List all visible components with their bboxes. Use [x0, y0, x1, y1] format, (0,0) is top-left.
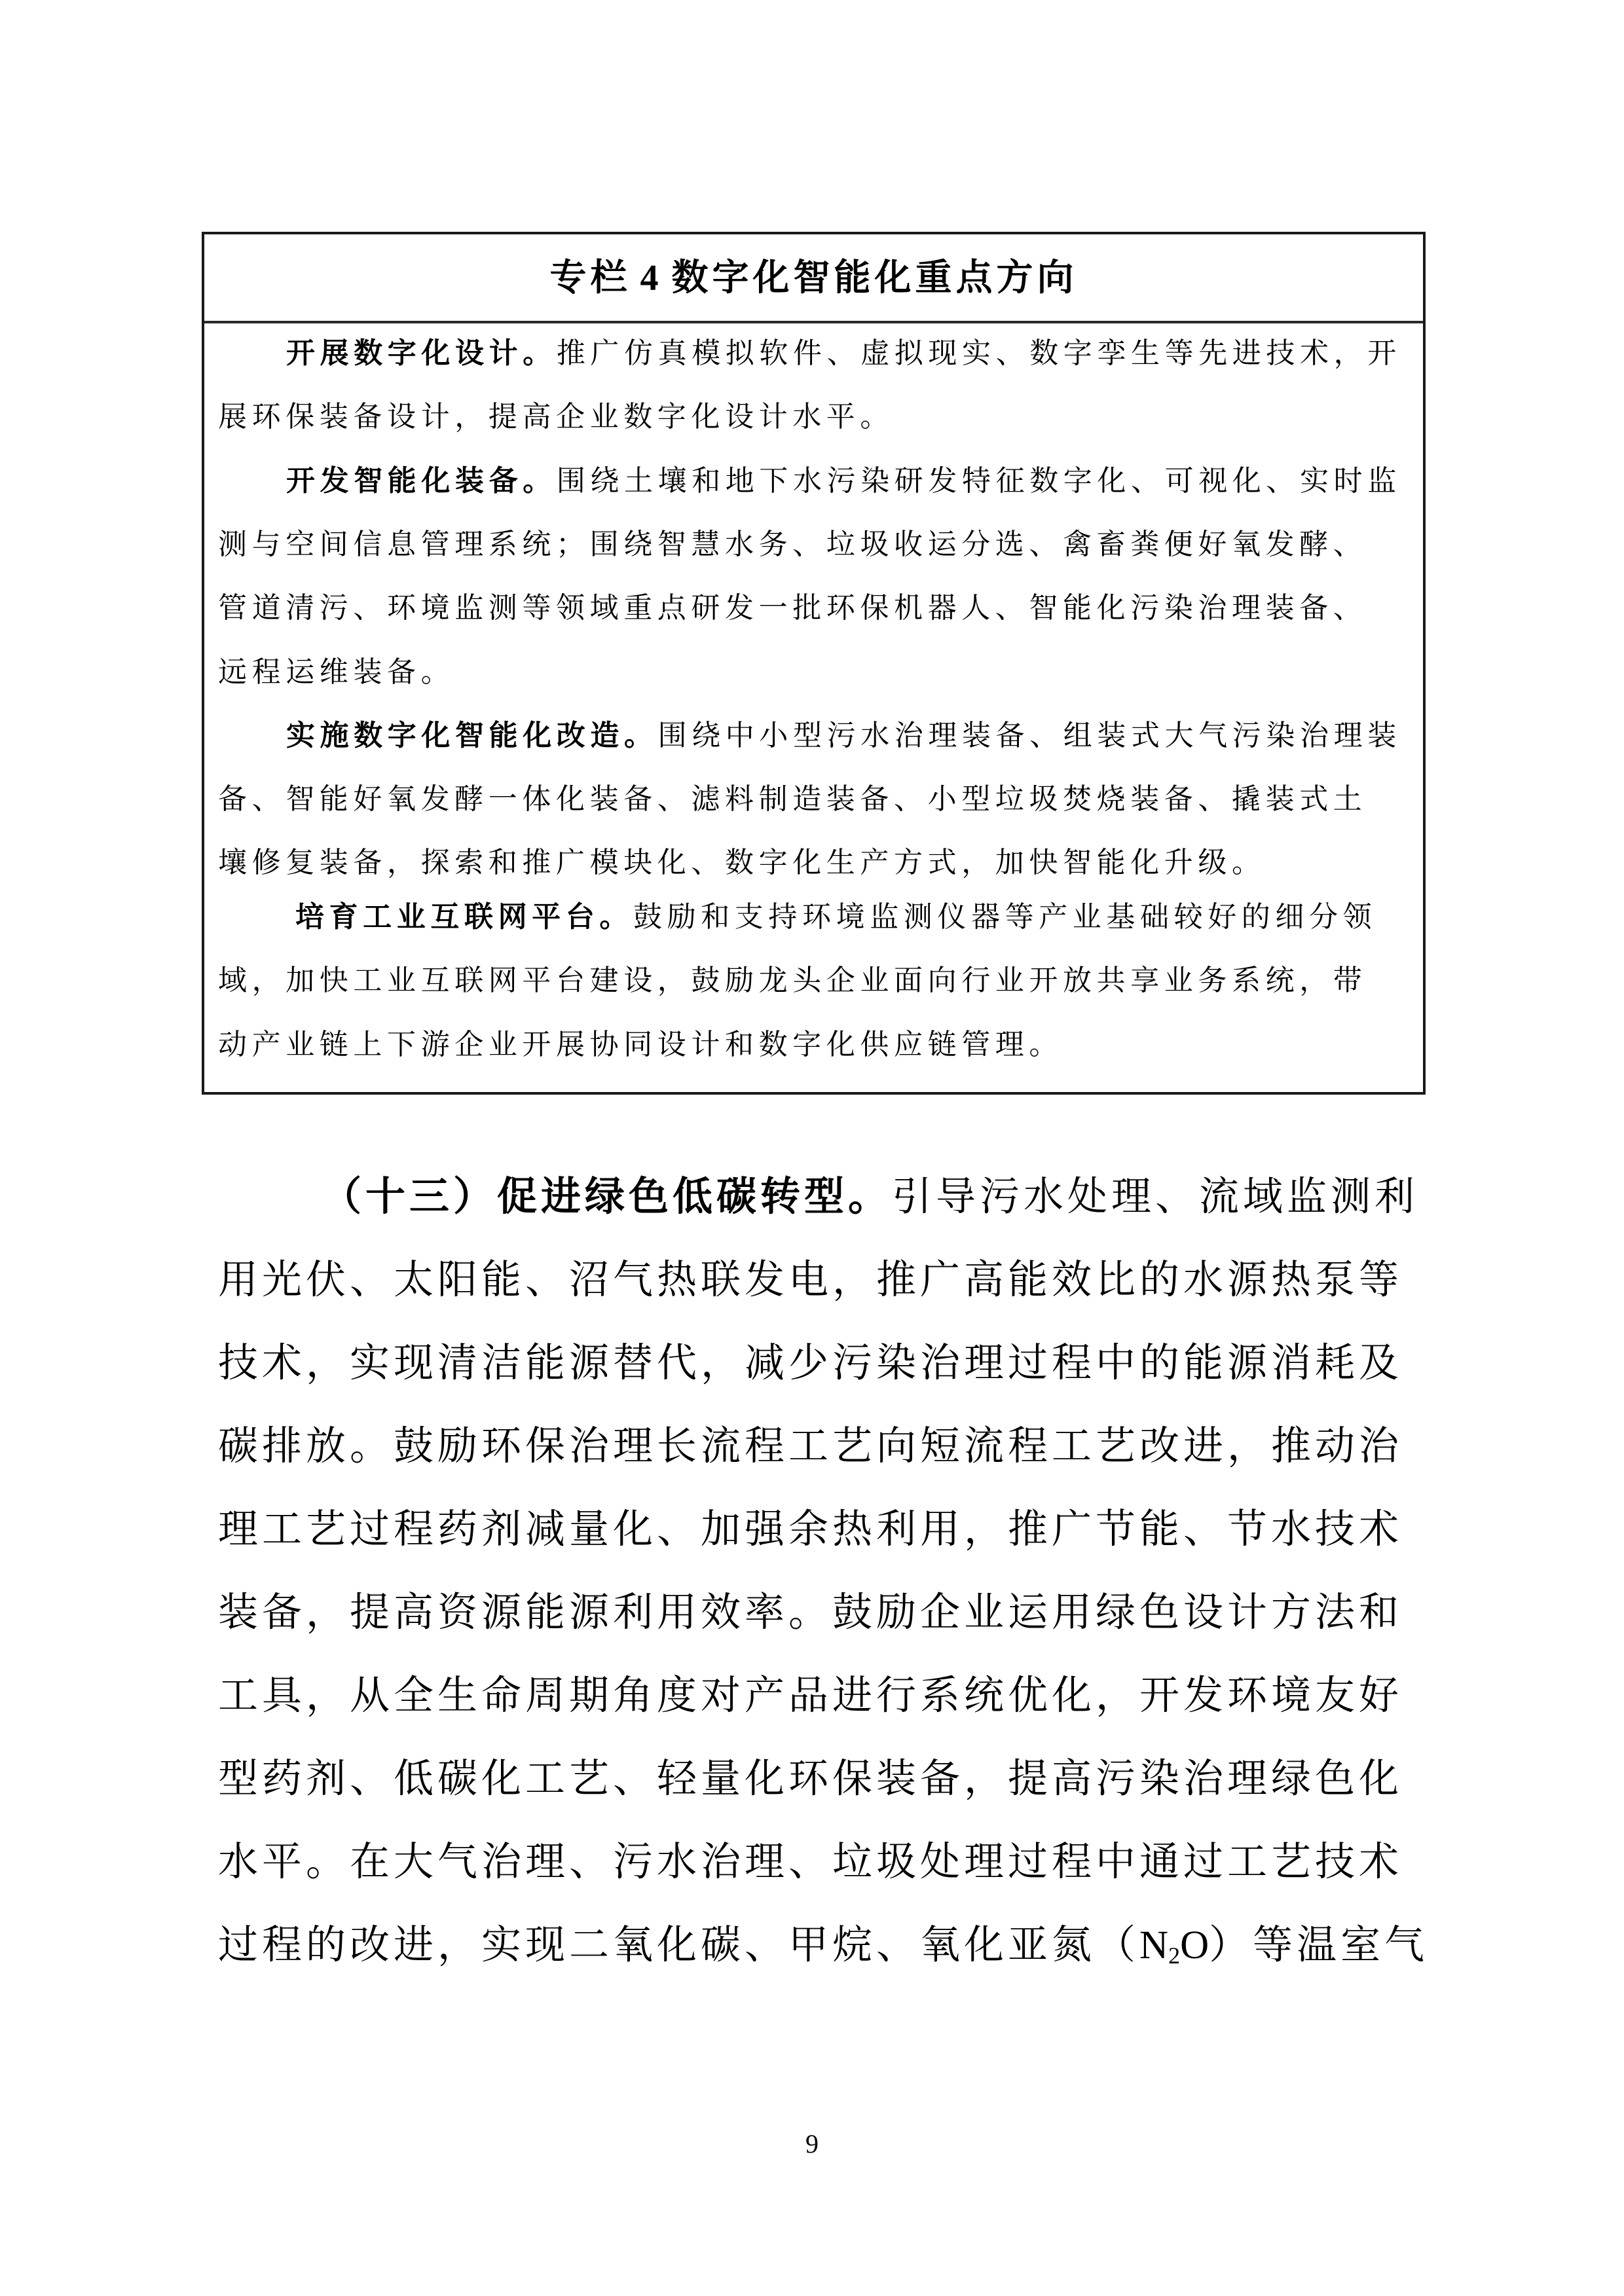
- box-paragraph-4-line-3: 动产业链上下游企业开展协同设计和数字化供应链管理。: [218, 1025, 1405, 1065]
- box-paragraph-2-lead: 开发智能化装备。: [286, 464, 557, 498]
- body-line-10: 过程的改进，实现二氧化碳、甲烷、氧化亚氮（N2O）等温室气: [218, 1919, 1407, 1971]
- box-paragraph-3-line-2: 备、智能好氧发酵一体化装备、滤料制造装备、小型垃圾焚烧装备、撬装式土: [218, 780, 1405, 819]
- column-title-text: 数字化智能化重点方向: [672, 256, 1078, 299]
- box-paragraph-1-text: 推广仿真模拟软件、虚拟现实、数字孪生等先进技术，开: [557, 337, 1401, 370]
- body-line-9: 水平。在大气治理、污水治理、垃圾处理过程中通过工艺技术: [218, 1836, 1407, 1888]
- box-paragraph-3-text: 围绕中小型污水治理装备、组装式大气污染治理装: [658, 719, 1401, 752]
- formula-element-n: N: [1139, 1923, 1168, 1967]
- body-line-10-text: 过程的改进，实现二氧化碳、甲烷、氧化亚氮（: [218, 1922, 1139, 1968]
- body-line-3: 技术，实现清洁能源替代，减少污染治理过程中的能源消耗及: [218, 1337, 1407, 1389]
- body-line-4: 碳排放。鼓励环保治理长流程工艺向短流程工艺改进，推动治: [218, 1420, 1407, 1472]
- formula-n2o: N2O: [1139, 1923, 1209, 1967]
- box-paragraph-4-lead: 培育工业互联网平台。: [295, 900, 633, 934]
- box-paragraph-3-line-1: 实施数字化智能化改造。围绕中小型污水治理装备、组装式大气污染治理装: [218, 716, 1405, 756]
- box-paragraph-2-line-4: 远程运维装备。: [218, 653, 1405, 692]
- body-line-7: 工具，从全生命周期角度对产品进行系统优化，开发环境友好: [218, 1669, 1407, 1722]
- box-paragraph-1-line-1: 开展数字化设计。推广仿真模拟软件、虚拟现实、数字孪生等先进技术，开: [218, 334, 1405, 373]
- formula-subscript: 2: [1168, 1942, 1180, 1969]
- box-paragraph-1-line-2: 展环保装备设计，提高企业数字化设计水平。: [218, 397, 1405, 437]
- box-paragraph-2-line-3: 管道清污、环境监测等领域重点研发一批环保机器人、智能化污染治理装备、: [218, 589, 1405, 628]
- body-line-1-text: 引导污水处理、流域监测利: [892, 1173, 1418, 1220]
- page-number: 9: [792, 2131, 832, 2157]
- body-line-10-tail: ）等温室气: [1209, 1922, 1428, 1968]
- column-title: 专栏4数字化智能化重点方向: [550, 259, 1078, 297]
- box-paragraph-4-line-1: 培育工业互联网平台。鼓励和支持环境监测仪器等产业基础较好的细分领: [218, 898, 1405, 937]
- box-paragraph-3-lead: 实施数字化智能化改造。: [286, 719, 658, 752]
- box-paragraph-3-line-3: 壤修复装备，探索和推广模块化、数字化生产方式，加快智能化升级。: [218, 843, 1405, 883]
- body-line-1: （十三）促进绿色低碳转型。引导污水处理、流域监测利: [218, 1171, 1407, 1223]
- box-paragraph-2-line-1: 开发智能化装备。围绕土壤和地下水污染研发特征数字化、可视化、实时监: [218, 462, 1405, 501]
- box-paragraph-2-text: 围绕土壤和地下水污染研发特征数字化、可视化、实时监: [557, 464, 1401, 498]
- column-title-row: 专栏4数字化智能化重点方向: [204, 234, 1423, 323]
- formula-element-o: O: [1180, 1923, 1209, 1967]
- box-paragraph-4-line-2: 域，加快工业互联网平台建设，鼓励龙头企业面向行业开放共享业务系统，带: [218, 961, 1405, 1000]
- box-paragraph-2-line-2: 测与空间信息管理系统；围绕智慧水务、垃圾收运分选、禽畜粪便好氧发酵、: [218, 525, 1405, 564]
- box-paragraph-1-lead: 开展数字化设计。: [286, 337, 557, 370]
- document-page: 专栏4数字化智能化重点方向 开展数字化设计。推广仿真模拟软件、虚拟现实、数字孪生…: [0, 0, 1624, 2296]
- column-title-prefix: 专栏: [550, 256, 631, 299]
- body-line-6: 装备，提高资源能源利用效率。鼓励企业运用绿色设计方法和: [218, 1586, 1407, 1639]
- column-title-number: 4: [640, 258, 663, 299]
- section-heading-lead: （十三）促进绿色低碳转型。: [322, 1173, 892, 1220]
- body-line-8: 型药剂、低碳化工艺、轻量化环保装备，提高污染治理绿色化: [218, 1753, 1407, 1805]
- body-line-5: 理工艺过程药剂减量化、加强余热利用，推广节能、节水技术: [218, 1503, 1407, 1556]
- body-line-2: 用光伏、太阳能、沼气热联发电，推广高能效比的水源热泵等: [218, 1254, 1407, 1306]
- box-paragraph-4-text: 鼓励和支持环境监测仪器等产业基础较好的细分领: [633, 900, 1376, 934]
